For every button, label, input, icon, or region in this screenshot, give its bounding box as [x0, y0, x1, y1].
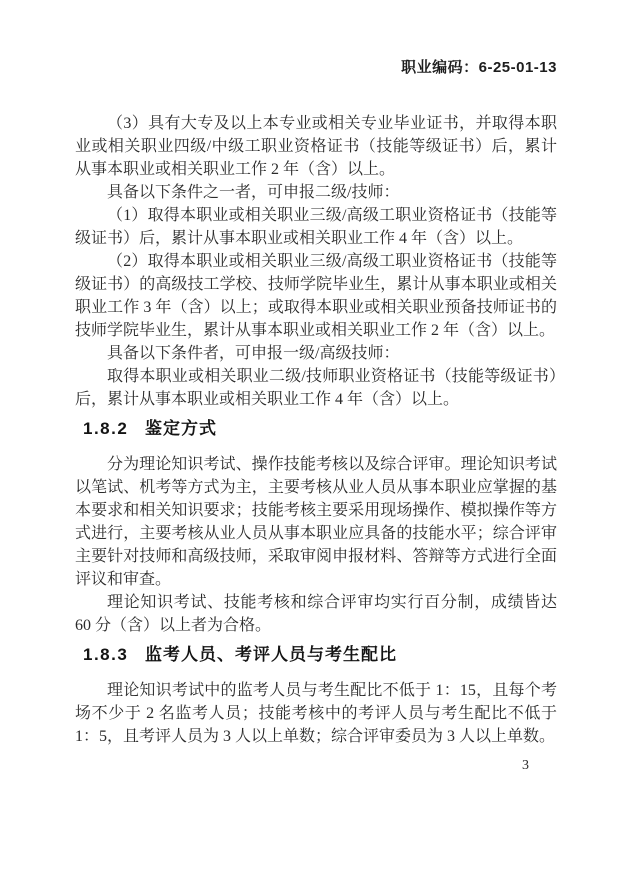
occupation-code-header: 职业编码：6-25-01-13 [75, 60, 557, 76]
page-number: 3 [75, 756, 557, 776]
section-heading-1-8-3: 1.8.3 监考人员、考评人员与考生配比 [75, 645, 557, 665]
document-page: 职业编码：6-25-01-13 （3）具有大专及以上本专业或相关专业毕业证书，并… [0, 0, 630, 883]
section-title-1-8-2: 鉴定方式 [145, 419, 217, 438]
paragraph-level1-intro: 具备以下条件者，可申报一级/高级技师： [75, 342, 557, 365]
paragraph-condition-3: （3）具有大专及以上本专业或相关专业毕业证书，并取得本职业或相关职业四级/中级工… [75, 112, 557, 181]
page-content: 职业编码：6-25-01-13 （3）具有大专及以上本专业或相关专业毕业证书，并… [75, 60, 557, 776]
paragraph-level2-condition-1: （1）取得本职业或相关职业三级/高级工职业资格证书（技能等级证书）后，累计从事本… [75, 204, 557, 250]
paragraph-level2-condition-2: （2）取得本职业或相关职业三级/高级工职业资格证书（技能等级证书）的高级技工学校… [75, 250, 557, 342]
section-number-1-8-3: 1.8.3 [83, 645, 128, 664]
paragraph-proctor-ratio: 理论知识考试中的监考人员与考生配比不低于 1：15，且每个考场不少于 2 名监考… [75, 679, 557, 748]
section-heading-1-8-2: 1.8.2 鉴定方式 [75, 419, 557, 439]
section-title-1-8-3: 监考人员、考评人员与考生配比 [145, 645, 397, 664]
paragraph-passing-score: 理论知识考试、技能考核和综合评审均实行百分制，成绩皆达 60 分（含）以上者为合… [75, 591, 557, 637]
paragraph-level2-intro: 具备以下条件之一者，可申报二级/技师： [75, 181, 557, 204]
paragraph-level1-condition: 取得本职业或相关职业二级/技师职业资格证书（技能等级证书）后，累计从事本职业或相… [75, 365, 557, 411]
paragraph-assessment-methods: 分为理论知识考试、操作技能考核以及综合评审。理论知识考试以笔试、机考等方式为主，… [75, 453, 557, 591]
section-number-1-8-2: 1.8.2 [83, 419, 128, 438]
